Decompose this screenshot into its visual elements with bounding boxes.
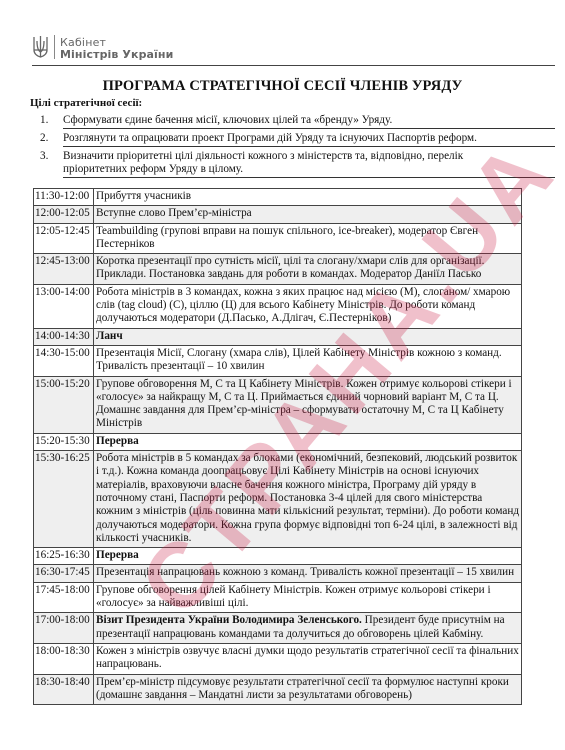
table-row: 17:00-18:00Візит Президента України Воло… [34,613,522,644]
activity-cell: Перерва [94,548,522,565]
goals-list: 1. Сформувати єдине бачення місії, ключо… [40,114,555,181]
trident-emblem-icon [32,35,49,59]
activity-cell: Робота міністрів в 3 командах, кожна з я… [94,284,522,328]
activity-text: Групове обговорення М, С та Ц Кабінету М… [96,378,512,430]
time-cell: 12:00-12:05 [34,206,94,223]
table-row: 12:00-12:05Вступне слово Прем’єр-міністр… [34,206,522,223]
activity-text: Прибуття учасників [96,190,191,202]
goal-item: 3. Визначити пріоритетні цілі діяльності… [40,150,555,178]
table-row: 18:30-18:40Прем’єр-міністр підсумовує ре… [34,674,522,705]
table-row: 16:25-16:30Перерва [34,548,522,565]
activity-cell: Прем’єр-міністр підсумовує результати ст… [94,674,522,705]
activity-bold-text: Ланч [96,330,123,342]
time-cell: 15:30-16:25 [34,451,94,548]
time-cell: 12:45-13:00 [34,254,94,285]
goal-text: Розглянути та опрацювати проект Програми… [63,132,555,147]
table-row: 16:30-17:45Презентація напрацювань кожно… [34,565,522,582]
table-row: 15:00-15:20Групове обговорення М, С та Ц… [34,376,522,433]
activity-text: Вступне слово Прем’єр-міністра [96,207,252,219]
goal-text: Визначити пріоритетні цілі діяльності ко… [63,150,555,178]
activity-cell: Презентація Місії, Слогану (хмара слів),… [94,345,522,376]
activity-cell: Презентація напрацювань кожною з команд.… [94,565,522,582]
goal-item: 2. Розглянути та опрацювати проект Прогр… [40,132,555,147]
goals-heading: Цілі стратегічної сесії: [30,97,142,109]
activity-cell: Групове обговорення М, С та Ц Кабінету М… [94,376,522,433]
goal-number: 2. [40,132,48,145]
table-row: 13:00-14:00Робота міністрів в 3 командах… [34,284,522,328]
activity-text: Робота міністрів в 3 командах, кожна з я… [96,286,510,325]
activity-cell: Робота міністрів в 5 командах за блоками… [94,451,522,548]
time-cell: 13:00-14:00 [34,284,94,328]
activity-cell: Ланч [94,328,522,345]
activity-cell: Коротка презентації про сутність місії, … [94,254,522,285]
goal-number: 3. [40,150,48,163]
activity-text: Кожен з міністрів озвучує власні думки щ… [96,645,519,670]
table-row: 17:45-18:00Групове обговорення цілей Каб… [34,582,522,613]
activity-cell: Групове обговорення цілей Кабінету Мініс… [94,582,522,613]
table-row: 11:30-12:00Прибуття учасників [34,189,522,206]
schedule-table: 11:30-12:00Прибуття учасників12:00-12:05… [33,188,522,705]
activity-text: Групове обговорення цілей Кабінету Мініс… [96,584,491,609]
time-cell: 16:30-17:45 [34,565,94,582]
activity-text: Коротка презентації про сутність місії, … [96,255,484,280]
activity-bold-text: Перерва [96,549,139,561]
time-cell: 14:00-14:30 [34,328,94,345]
table-row: 12:45-13:00Коротка презентації про сутні… [34,254,522,285]
goal-text: Сформувати єдине бачення місії, ключових… [63,114,555,129]
activity-text: Прем’єр-міністр підсумовує результати ст… [96,676,509,701]
page-title: ПРОГРАМА СТРАТЕГІЧНОЇ СЕСІЇ ЧЛЕНІВ УРЯДУ [0,78,565,95]
activity-cell: Teambuilding (групові вправи на пошук сп… [94,223,522,254]
activity-bold-text: Перерва [96,435,139,447]
table-row: 18:00-18:30Кожен з міністрів озвучує вла… [34,643,522,674]
table-row: 15:20-15:30Перерва [34,433,522,450]
activity-cell: Вступне слово Прем’єр-міністра [94,206,522,223]
table-row: 14:00-14:30Ланч [34,328,522,345]
activity-cell: Візит Президента України Володимира Зеле… [94,613,522,644]
time-cell: 15:00-15:20 [34,376,94,433]
time-cell: 18:30-18:40 [34,674,94,705]
goal-number: 1. [40,114,48,127]
org-name-line2: Міністрів України [60,48,173,61]
activity-text: Презентація напрацювань кожною з команд.… [96,566,514,578]
time-cell: 17:45-18:00 [34,582,94,613]
activity-cell: Кожен з міністрів озвучує власні думки щ… [94,643,522,674]
activity-text: Teambuilding (групові вправи на пошук сп… [96,225,478,250]
activity-cell: Перерва [94,433,522,450]
table-row: 15:30-16:25Робота міністрів в 5 командах… [34,451,522,548]
time-cell: 14:30-15:00 [34,345,94,376]
table-row: 14:30-15:00Презентація Місії, Слогану (х… [34,345,522,376]
goal-item: 1. Сформувати єдине бачення місії, ключо… [40,114,555,129]
document-header: Кабінет Міністрів України [32,33,555,66]
activity-bold-text: Візит Президента України Володимира Зеле… [96,614,362,626]
header-divider [54,35,55,59]
activity-text: Робота міністрів в 5 командах за блоками… [96,452,519,544]
time-cell: 18:00-18:30 [34,643,94,674]
time-cell: 16:25-16:30 [34,548,94,565]
activity-text: Презентація Місії, Слогану (хмара слів),… [96,347,502,372]
time-cell: 11:30-12:00 [34,189,94,206]
time-cell: 17:00-18:00 [34,613,94,644]
time-cell: 15:20-15:30 [34,433,94,450]
table-row: 12:05-12:45Teambuilding (групові вправи … [34,223,522,254]
activity-cell: Прибуття учасників [94,189,522,206]
time-cell: 12:05-12:45 [34,223,94,254]
